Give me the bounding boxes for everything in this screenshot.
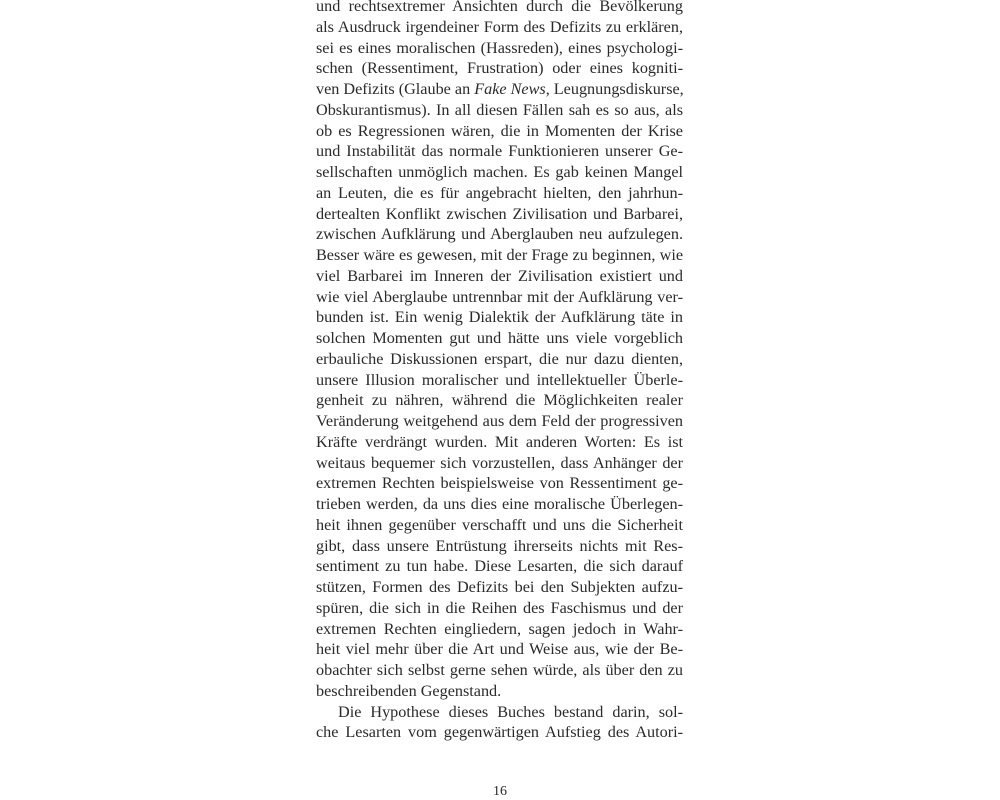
text-line: ob es Regressionen wären, die in Momente…	[316, 121, 683, 142]
text-line: und rechtsextremer Ansichten durch die B…	[316, 0, 683, 17]
text-line: sellschaften unmöglich machen. Es gab ke…	[316, 162, 683, 183]
text-line: Obskurantismus). In all diesen Fällen sa…	[316, 100, 683, 121]
text-line: Kräfte verdrängt wurden. Mit anderen Wor…	[316, 432, 683, 453]
text-line: wie viel Aberglaube untrennbar mit der A…	[316, 287, 683, 308]
paragraph-1: und rechtsextremer Ansichten durch die B…	[316, 0, 683, 702]
text-line: dertealten Konflikt zwischen Zivilisatio…	[316, 204, 683, 225]
text-fragment: ven Defizits (Glaube an	[316, 80, 474, 98]
text-line: gibt, dass unsere Entrüstung ihrerseits …	[316, 536, 683, 557]
italic-term: Fake News	[474, 80, 545, 98]
text-line: stützen, Formen des Defizits bei den Sub…	[316, 577, 683, 598]
text-line: genheit zu nähren, während die Möglichke…	[316, 390, 683, 411]
text-line: schen (Ressentiment, Frustration) oder e…	[316, 58, 683, 79]
text-line: extremen Rechten beispielsweise von Ress…	[316, 473, 683, 494]
text-line-with-italic: ven Defizits (Glaube an Fake News, Leugn…	[316, 79, 683, 100]
text-line: obachter sich selbst gerne sehen würde, …	[316, 660, 683, 681]
text-line: als Ausdruck irgendeiner Form des Defizi…	[316, 17, 683, 38]
text-line: erbauliche Diskussionen erspart, die nur…	[316, 349, 683, 370]
text-line: heit ihnen gegenüber verschafft und uns …	[316, 515, 683, 536]
text-line: solchen Momenten gut und hätte uns viele…	[316, 328, 683, 349]
text-fragment: , Leugnungsdiskurse,	[546, 80, 684, 98]
text-line: zwischen Aufklärung und Aberglauben neu …	[316, 224, 683, 245]
paragraph-2: Die Hypothese dieses Buches bestand dari…	[316, 702, 683, 744]
text-line: trieben werden, da uns dies eine moralis…	[316, 494, 683, 515]
text-line: viel Barbarei im Inneren der Zivilisatio…	[316, 266, 683, 287]
text-line: che Lesarten vom gegenwärtigen Aufstieg …	[316, 722, 683, 743]
text-line: und Instabilität das normale Funktionier…	[316, 141, 683, 162]
text-line: heit viel mehr über die Art und Weise au…	[316, 639, 683, 660]
text-line: beschreibenden Gegenstand.	[316, 681, 683, 702]
text-line: spüren, die sich in die Reihen des Fasch…	[316, 598, 683, 619]
text-line: an Leuten, die es für angebracht hielten…	[316, 183, 683, 204]
body-text: und rechtsextremer Ansichten durch die B…	[316, 0, 683, 743]
text-line: Veränderung weitgehend aus dem Feld der …	[316, 411, 683, 432]
text-line: sentiment zu tun habe. Diese Lesarten, d…	[316, 556, 683, 577]
text-line: extremen Rechten eingliedern, sagen jedo…	[316, 619, 683, 640]
book-page: und rechtsextremer Ansichten durch die B…	[0, 0, 1000, 800]
text-line: unsere Illusion moralischer und intellek…	[316, 370, 683, 391]
text-line: sei es eines moralischen (Hassreden), ei…	[316, 38, 683, 59]
page-number: 16	[0, 784, 1000, 800]
text-line: bunden ist. Ein wenig Dialektik der Aufk…	[316, 307, 683, 328]
text-line: weitaus bequemer sich vorzustellen, dass…	[316, 453, 683, 474]
text-line: Die Hypothese dieses Buches bestand dari…	[316, 702, 683, 723]
text-line: Besser wäre es gewesen, mit der Frage zu…	[316, 245, 683, 266]
